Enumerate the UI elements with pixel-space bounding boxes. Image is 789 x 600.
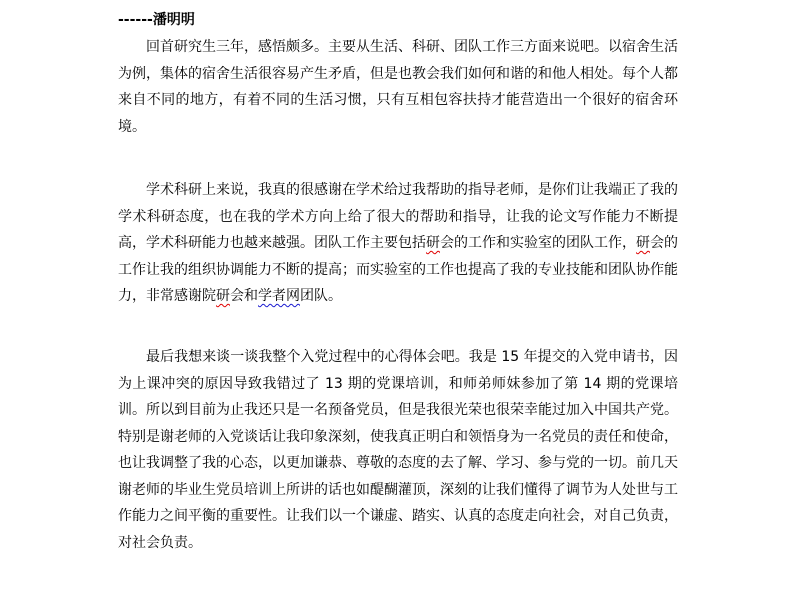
author-line: ------潘明明: [118, 10, 195, 30]
grammar-flag[interactable]: 学者网: [258, 288, 300, 304]
text-segment: 会和: [230, 288, 258, 304]
spelling-flag[interactable]: 研: [216, 288, 230, 304]
text-segment: 团队。: [300, 288, 342, 304]
paragraph-research: 学术科研上来说，我真的很感谢在学术给过我帮助的指导老师，是你们让我端正了我的学术…: [118, 177, 678, 310]
text-segment: 会的工作和实验室的团队工作，: [440, 235, 636, 251]
spelling-flag[interactable]: 研: [426, 235, 440, 251]
spelling-flag[interactable]: 研: [636, 235, 650, 251]
paragraph-life: 回首研究生三年，感悟颇多。主要从生活、科研、团队工作三方面来说吧。以宿舍生活为例…: [118, 34, 678, 140]
paragraph-party: 最后我想来谈一谈我整个入党过程中的心得体会吧。我是 15 年提交的入党申请书，因…: [118, 344, 678, 556]
